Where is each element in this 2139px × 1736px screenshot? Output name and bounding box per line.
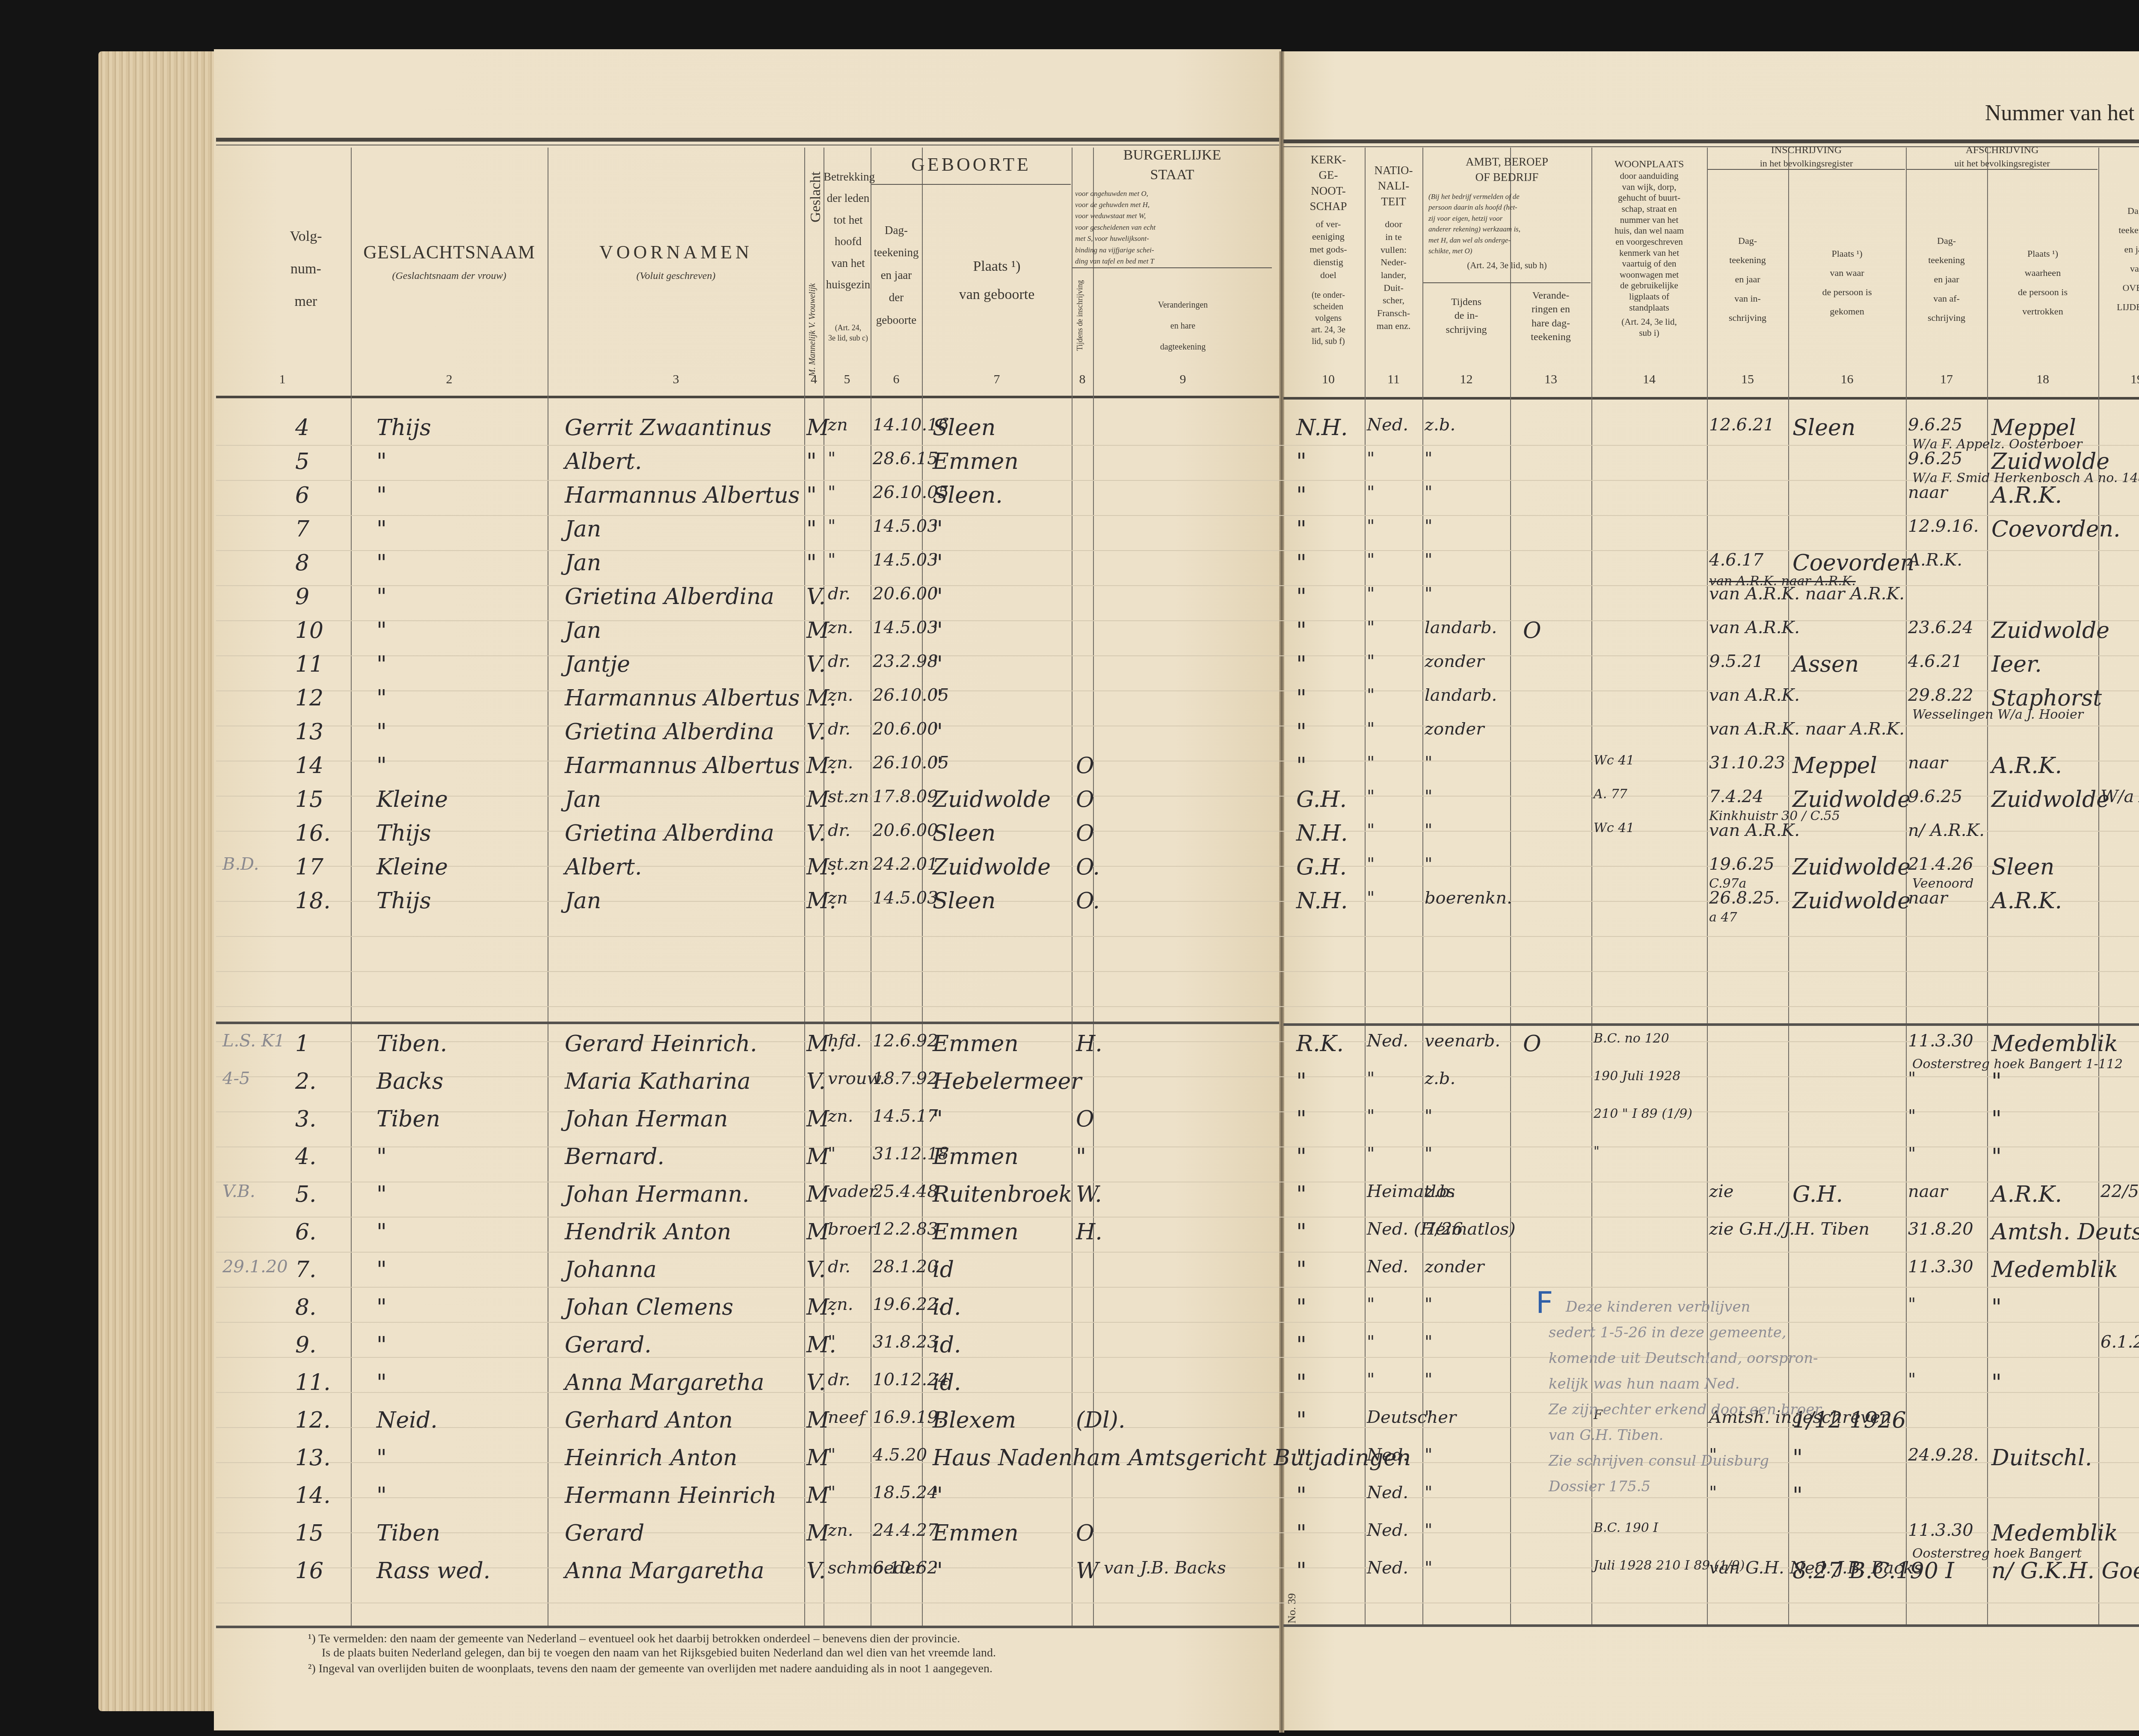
entry-geb-plaats: Emmen — [933, 1219, 1019, 1245]
entry-ambt-verand: O — [1523, 1031, 1541, 1057]
entry-geb-datum: 18.5.24 — [873, 1483, 938, 1502]
entry-nr: 4. — [295, 1144, 317, 1170]
entry-geb-plaats: id. — [933, 1332, 961, 1358]
entry-inschr-datum: 12.6.21 — [1709, 415, 1775, 435]
entry-achternaam: " — [376, 1144, 387, 1170]
column-number: 15 — [1707, 372, 1788, 387]
entry-inschr-plaats: Meppel — [1792, 753, 1877, 779]
entry-nr: 5 — [295, 449, 309, 474]
entry-betrekking: " — [828, 1445, 835, 1465]
entry-afschr-datum: naar — [1908, 753, 1948, 773]
entry-voornamen: Gerrit Zwaantinus — [565, 415, 771, 441]
entry-bs-inschr: " — [1076, 1144, 1086, 1170]
entry-afschr-datum: " — [1908, 1144, 1916, 1164]
entry-afschr-datum: " — [1908, 1106, 1916, 1126]
entry-nr: 3. — [295, 1106, 317, 1132]
entry-geb-plaats: " — [933, 1558, 943, 1584]
footnote-2: ²) Ingeval van overlijden buiten de woon… — [308, 1662, 992, 1676]
column-number: 5 — [824, 372, 871, 387]
entry-voornamen: Hermann Heinrich — [565, 1483, 776, 1508]
column-number: 1 — [214, 372, 351, 387]
entry-geb-datum: 28.1.20 — [873, 1257, 938, 1277]
entry-afschr-plaats: Coevorden. — [1991, 516, 2121, 542]
entry-achternaam: Thijs — [376, 415, 431, 441]
entry-voornamen: Jan — [565, 787, 601, 812]
entry-afschr-plaats: " — [1991, 1370, 2002, 1395]
entry-ambt: " — [1425, 516, 1432, 536]
entry-betrekking: " — [828, 1144, 835, 1164]
header-top-rule-left — [216, 138, 1279, 142]
entry-ambt: 7/26 — [1425, 1219, 1463, 1239]
entry-betrekking: " — [828, 449, 835, 468]
column-number: 12 — [1422, 372, 1510, 387]
entry-woonplaats: B.C. no 120 — [1594, 1031, 1669, 1046]
entry-afschr-datum: 24.9.28. — [1908, 1445, 1979, 1465]
entry-afschr-datum: n/ A.R.K. — [1908, 821, 1985, 840]
entry-kerk: " — [1296, 550, 1307, 576]
entry-kerk: N.H. — [1296, 821, 1348, 846]
column-number: 3 — [548, 372, 804, 387]
entry-betrekking: broer — [828, 1219, 876, 1239]
entry-bs-verand: van J.B. Backs — [1104, 1558, 1226, 1578]
entry-afschr-datum: 9.6.25 — [1908, 415, 1962, 435]
entry-achternaam: Tiben — [376, 1520, 440, 1546]
entry-nr: 1 — [295, 1031, 309, 1057]
entry-nat: " — [1367, 1295, 1375, 1314]
entry-inschr-datum: 19.6.25 — [1709, 854, 1775, 874]
entry-bs-inschr: O — [1076, 753, 1094, 779]
entry-geb-plaats: " — [933, 516, 943, 542]
entry-nr: 6. — [295, 1219, 317, 1245]
entry-voornamen: Johan Herman — [565, 1106, 728, 1132]
entry-achternaam: Rass wed. — [376, 1558, 490, 1584]
entry-kerk: " — [1296, 652, 1307, 677]
entry-ambt: landarb. — [1425, 685, 1497, 705]
entry-afschr-plaats: Ieer. — [1991, 652, 2042, 677]
entry-inschr-datum: zie G.H./J.H. Tiben — [1709, 1219, 1869, 1239]
entry-voornamen: Grietina Alberdina — [565, 821, 774, 846]
entry-overlijden: 6.1.24 — [2100, 1332, 2139, 1352]
table-bottom-rule-right — [1283, 1624, 2139, 1627]
page-number-stamp: No. 39 — [1286, 1593, 1298, 1623]
entry-afschr-datum: naar — [1908, 1182, 1948, 1201]
entry-afschr-plaats: A.R.K. — [1991, 888, 2062, 914]
entry-nat: " — [1367, 618, 1375, 637]
entry-geb-plaats: Emmen — [933, 1031, 1019, 1057]
entry-geb-plaats: id. — [933, 1370, 961, 1395]
entry-nr: 16. — [295, 821, 331, 846]
entry-geb-datum: 14.5.03 — [873, 618, 938, 637]
entry-inschr-datum: 26.8.25. — [1709, 888, 1780, 908]
burgerlijke-staat-divider — [1072, 267, 1272, 268]
column-number: 16 — [1788, 372, 1906, 387]
entry-geb-plaats: " — [933, 584, 943, 610]
entry-geb-datum: 17.8.09 — [873, 787, 938, 806]
register-entry-row: 8"Jan""14.5.03""""4.6.17CoevordenA.R.K.A… — [0, 546, 2139, 580]
header-col8-tijdens-inschrijving: Tijdens de inschrijving — [1076, 280, 1084, 351]
entry-voornamen: Hendrik Anton — [565, 1219, 731, 1245]
entry-geb-plaats: Emmen — [933, 1520, 1019, 1546]
entry-nr: 2. — [295, 1069, 317, 1094]
register-entry-row: 3.TibenJohan HermanMzn.14.5.17"O"""210 "… — [0, 1102, 2139, 1140]
entry-achternaam: " — [376, 1257, 387, 1283]
entry-afschr-datum: " — [1908, 1069, 1916, 1088]
entry-geslacht: " — [806, 483, 817, 508]
entry-geslacht: V. — [806, 584, 826, 610]
entry-geslacht: M — [806, 1106, 829, 1132]
entry-kerk: " — [1296, 1445, 1307, 1471]
blue-f-marker: F — [1536, 1290, 1553, 1315]
register-entry-row: 11"JantjeV.dr.23.2.98"""zonder9.5.21Asse… — [0, 647, 2139, 681]
entry-kerk: " — [1296, 1182, 1307, 1207]
entry-nat: " — [1367, 483, 1375, 502]
entry-geslacht: V. — [806, 1370, 826, 1395]
entry-voornamen: Johan Clemens — [565, 1295, 733, 1320]
entry-inschr-datum: 7.4.24 — [1709, 787, 1763, 806]
entry-inschr-datum: 31.10.23 — [1709, 753, 1785, 773]
entry-geb-plaats: Ruitenbroek — [933, 1182, 1072, 1207]
entry-kerk: " — [1296, 1520, 1307, 1546]
entry-nr: 13. — [295, 1445, 331, 1471]
entry-nr: 8 — [295, 550, 309, 576]
entry-inschr-datum: van A.R.K. — [1709, 618, 1800, 637]
entry-woonplaats: Wc 41 — [1594, 821, 1634, 835]
entry-geslacht: M — [806, 618, 829, 643]
entry-ambt: " — [1425, 753, 1432, 773]
entry-betrekking: " — [828, 516, 835, 536]
entry-inschr-datum: van A.R.K. naar A.R.K. — [1709, 584, 1905, 604]
entry-voornamen: Maria Katharina — [565, 1069, 750, 1094]
entry-achternaam: " — [376, 1219, 387, 1245]
entry-nat: " — [1367, 584, 1375, 604]
entry-afschr-datum: 11.3.30 — [1908, 1031, 1973, 1051]
entry-achternaam: " — [376, 584, 387, 610]
entry-afschr-plaats: " — [1991, 1144, 2002, 1170]
entry-geslacht: M — [806, 787, 829, 812]
entry-ambt: " — [1425, 1407, 1432, 1427]
entry-geslacht: M — [806, 1219, 829, 1245]
entry-betrekking: " — [828, 550, 835, 570]
entry-geb-datum: 14.5.03 — [873, 550, 938, 570]
entry-geb-datum: 20.6.00 — [873, 584, 938, 604]
register-entry-row: V.B.5."Johan Hermann.Mvader25.4.48Ruiten… — [0, 1177, 2139, 1215]
entry-betrekking: " — [828, 1483, 835, 1502]
entry-voornamen: Gerhard Anton — [565, 1407, 733, 1433]
entry-kerk: " — [1296, 1332, 1307, 1358]
entry-ambt: " — [1425, 1106, 1432, 1126]
entry-kerk: " — [1296, 1407, 1307, 1433]
header-inschrijving-group: INSCHRIJVINGin het bevolkingsregister — [1707, 143, 1906, 170]
entry-afschr-plaats: Medemblik — [1991, 1257, 2118, 1283]
entry-betrekking: zn. — [828, 618, 853, 637]
entry-ambt: " — [1425, 1520, 1432, 1540]
column-number: 2 — [351, 372, 548, 387]
entry-nr: 14. — [295, 1483, 331, 1508]
entry-nr: 6 — [295, 483, 309, 508]
column-number: 18 — [1987, 372, 2098, 387]
register-entry-row: 7"Jan""14.5.03""""12.9.16.Coevorden. — [0, 512, 2139, 546]
entry-ambt: z.b. — [1425, 1182, 1455, 1201]
entry-geb-plaats: Emmen — [933, 449, 1019, 474]
column-number: 10 — [1292, 372, 1365, 387]
entry-nat: Ned. — [1367, 1483, 1408, 1502]
entry-voornamen: Johanna — [565, 1257, 657, 1283]
entry-ambt: zonder — [1425, 652, 1484, 671]
entry-kerk: " — [1296, 1257, 1307, 1283]
entry-nr: 7 — [295, 516, 309, 542]
entry-geb-plaats: " — [933, 550, 943, 576]
entry-achternaam: " — [376, 1295, 387, 1320]
entry-geb-plaats: Zuidwolde — [933, 787, 1051, 812]
entry-betrekking: st.zn — [828, 787, 869, 806]
entry-nat: " — [1367, 1106, 1375, 1126]
entry-afschr-datum: naar — [1908, 483, 1948, 502]
entry-kerk: " — [1296, 685, 1307, 711]
entry-kerk: G.H. — [1296, 787, 1347, 812]
entry-overlijden: 22/5 26 — [2100, 1182, 2139, 1201]
entry-nat: " — [1367, 1370, 1375, 1389]
entry-nat: Ned. — [1367, 1558, 1408, 1578]
entry-kerk: " — [1296, 618, 1307, 643]
entry-geb-datum: 28.6.15 — [873, 449, 938, 468]
entry-achternaam: Backs — [376, 1069, 444, 1094]
entry-geslacht: " — [806, 550, 817, 576]
entry-nat: " — [1367, 516, 1375, 536]
entry-geb-datum: 6.10.62 — [873, 1558, 938, 1578]
register-entry-row: 9"Grietina AlberdinaV.dr.20.6.00""""van … — [0, 580, 2139, 613]
entry-ambt: " — [1425, 854, 1432, 874]
entry-geb-datum: 25.4.48 — [873, 1182, 938, 1201]
entry-geb-plaats: Sleen — [933, 821, 995, 846]
entry-geb-plaats: id. — [933, 1295, 961, 1320]
entry-achternaam: " — [376, 550, 387, 576]
entry-kerk: G.H. — [1296, 854, 1347, 880]
register-entry-row: L.S. K11Tiben.Gerard Heinrich.M.hfd.12.6… — [0, 1027, 2139, 1064]
entry-betrekking: dr. — [828, 584, 850, 604]
entry-ambt: veenarb. — [1425, 1031, 1500, 1051]
entry-ambt: " — [1425, 1558, 1432, 1578]
entry-woonplaats: " — [1594, 1144, 1600, 1159]
entry-nat: " — [1367, 1144, 1375, 1164]
entry-geb-plaats: Blexem — [933, 1407, 1016, 1433]
entry-nat: " — [1367, 1332, 1375, 1352]
entry-nr: 13 — [295, 719, 323, 745]
entry-voornamen: Gerard Heinrich. — [565, 1031, 757, 1057]
entry-achternaam: Thijs — [376, 821, 431, 846]
entry-nat: " — [1367, 550, 1375, 570]
entry-betrekking: zn. — [828, 753, 853, 773]
entry-afschr-plaats: n/ G.K.H. Goeswoord. — [1991, 1558, 2139, 1584]
entry-nat: Ned. — [1367, 1445, 1408, 1465]
entry-nat: " — [1367, 854, 1375, 874]
entry-geslacht: V. — [806, 652, 826, 677]
entry-ambt: zonder — [1425, 719, 1484, 739]
entry-geslacht: M — [806, 1407, 829, 1433]
column-number: 4 — [804, 372, 824, 387]
entry-inschr-plaats: Assen — [1792, 652, 1859, 677]
entry-bs-inschr: O — [1076, 1106, 1094, 1132]
entry-inschr-plaats: 8.27 B.C.190 I — [1792, 1558, 1954, 1584]
entry-bs-inschr: W. — [1076, 1182, 1102, 1207]
ruled-line — [216, 936, 2139, 937]
entry-nat: Deutscher — [1367, 1407, 1456, 1427]
entry-nat: " — [1367, 753, 1375, 773]
header-col7-geboorteplaats: Plaats ¹)van geboorte — [922, 257, 1072, 305]
family-separator-left — [216, 1022, 1279, 1024]
column-number: 19 — [2098, 372, 2139, 387]
entry-geb-plaats: Haus Nadenham Amtsgericht Butjadingen — [933, 1445, 1411, 1471]
entry-achternaam: " — [376, 1182, 387, 1207]
entry-geb-datum: 14.5.03 — [873, 888, 938, 908]
entry-ambt: " — [1425, 1370, 1432, 1389]
entry-betrekking: neef — [828, 1407, 865, 1427]
header-geboorte-group: GEBOORTE — [871, 152, 1072, 177]
entry-afschr-datum: 12.9.16. — [1908, 516, 1979, 536]
entry-betrekking: " — [828, 1332, 835, 1352]
header-col1-volgnummer: Volg-num-mer — [274, 227, 338, 311]
entry-geb-datum: 20.6.00 — [873, 719, 938, 739]
entry-geb-datum: 12.2.83 — [873, 1219, 938, 1239]
entry-nr: 15 — [295, 787, 323, 812]
entry-inschr-plaats: Zuidwolde — [1792, 854, 1911, 880]
entry-afschr-datum: 21.4.26 — [1908, 854, 1973, 874]
entry-ambt: " — [1425, 584, 1432, 604]
entry-geb-plaats: Sleen — [933, 415, 995, 441]
header-col15-inschrijving-datum: Dag-teekeningen jaarvan in-schrijving — [1707, 231, 1788, 327]
entry-ambt: " — [1425, 1332, 1432, 1352]
register-entry-row: 15TibenGerardMzn.24.4.27EmmenO"Ned."B.C.… — [0, 1516, 2139, 1554]
entry-kerk: " — [1296, 449, 1307, 474]
entry-betrekking: dr. — [828, 1370, 850, 1389]
entry-kerk: " — [1296, 516, 1307, 542]
entry-bs-inschr: H. — [1076, 1031, 1102, 1057]
header-top-rule-right — [1283, 139, 2139, 143]
entry-kerk: " — [1296, 1219, 1307, 1245]
footnote-1-continued: Is de plaats buiten Nederland gelegen, d… — [322, 1646, 996, 1660]
entry-voornamen: Heinrich Anton — [565, 1445, 738, 1471]
entry-afschr-datum: 31.8.20 — [1908, 1219, 1973, 1239]
entry-geslacht: V. — [806, 1257, 826, 1283]
entry-kerk: " — [1296, 753, 1307, 779]
family-separator-right — [1283, 1023, 2139, 1026]
afschrijving-divider — [1907, 169, 2098, 170]
header-col2-geslachtsnaam: GESLACHTSNAAM(Geslachtsnaam der vrouw) — [351, 240, 548, 283]
entry-inschr-datum: zie — [1709, 1182, 1734, 1201]
register-entry-row: 4."Bernard.M"31.12.18Emmen"""""""A.C.C. — [0, 1140, 2139, 1177]
header-col17-afschrijving-datum: Dag-teekeningen jaarvan af-schrijving — [1906, 231, 1987, 327]
entry-geslacht: M — [806, 1483, 829, 1508]
entry-afschr-plaats: A.R.K. — [1991, 483, 2062, 508]
entry-geslacht: V. — [806, 1558, 826, 1584]
ruled-line — [216, 971, 2139, 972]
entry-geb-plaats: Sleen. — [933, 483, 1003, 508]
entry-bs-inschr: O. — [1076, 854, 1100, 880]
column-number: 13 — [1510, 372, 1591, 387]
entry-nat: Ned. — [1367, 415, 1408, 435]
entry-afschr-plaats: " — [1991, 1295, 2002, 1320]
entry-afschr-plaats: A.R.K. — [1991, 1182, 2062, 1207]
entry-geb-plaats: id — [933, 1257, 954, 1283]
entry-nr: 12. — [295, 1407, 331, 1433]
entry-kerk: N.H. — [1296, 888, 1348, 914]
entry-nr: 8. — [295, 1295, 317, 1320]
entry-achternaam: " — [376, 1370, 387, 1395]
entry-afschr-plaats: " — [1991, 1106, 2002, 1132]
entry-inschr-datum: van A.R.K. naar A.R.K. — [1709, 719, 1905, 739]
entry-achternaam: Thijs — [376, 888, 431, 914]
entry-kerk: " — [1296, 1558, 1307, 1584]
open-register-book: Nummer van het blad Volg-num-mer GESLACH… — [0, 0, 2139, 1736]
entry-geb-datum: 14.5.03 — [873, 516, 938, 536]
entry-geslacht: " — [806, 516, 817, 542]
entry-nr: 10 — [295, 618, 323, 643]
entry-voornamen: Jan — [565, 516, 601, 542]
entry-afschr-datum: naar — [1908, 888, 1948, 908]
entry-geb-datum: 12.6.92 — [873, 1031, 938, 1051]
header-col19-overlijden: Dag-teekeningen jaarvanOVER-LIJDEN ²) — [2098, 201, 2139, 317]
column-number: 6 — [871, 372, 922, 387]
entry-achternaam: Tiben. — [376, 1031, 447, 1057]
entry-betrekking: dr. — [828, 719, 850, 739]
header-col11-nationaliteit: NATIO-NALI-TEIT doorin tevullen:Neder-la… — [1365, 163, 1422, 332]
entry-achternaam: " — [376, 652, 387, 677]
entry-achternaam: " — [376, 483, 387, 508]
entry-ambt: z.b. — [1425, 415, 1455, 435]
entry-betrekking: dr. — [828, 821, 850, 840]
entry-afschr-plaats: Medemblik — [1991, 1520, 2118, 1546]
ambt-divider — [1423, 282, 1591, 283]
entry-afschr-datum: 9.6.25 — [1908, 787, 1962, 806]
entry-afschr-plaats: Zuidwolde — [1991, 618, 2109, 643]
entry-inschr-extra: a 47 — [1709, 910, 1737, 925]
entry-ambt: landarb. — [1425, 618, 1497, 637]
column-number: 17 — [1906, 372, 1987, 387]
entry-geb-plaats: Sleen — [933, 888, 995, 914]
entry-margin: L.S. K1 — [222, 1031, 285, 1051]
entry-afschr-datum: 4.6.21 — [1908, 652, 1962, 671]
column-number: 7 — [922, 372, 1072, 387]
entry-nat: Ned. — [1367, 1031, 1408, 1051]
entry-afschr-datum: " — [1908, 1370, 1916, 1389]
header-col16-inschrijving-plaats: Plaats ¹)van waarde persoon isgekomen — [1788, 244, 1906, 321]
header-bottom-rule-left — [216, 396, 1279, 398]
entry-achternaam: " — [376, 516, 387, 542]
header-col9-veranderingen: Veranderingenen haredagteekening — [1093, 299, 1273, 353]
entry-afschr-plaats: A.R.K. — [1991, 753, 2062, 779]
entry-geb-plaats: Zuidwolde — [933, 854, 1051, 880]
entry-nr: 9. — [295, 1332, 317, 1358]
entry-voornamen: Anna Margaretha — [565, 1370, 764, 1395]
entry-geb-datum: 23.2.98 — [873, 652, 938, 671]
entry-inschr-plaats: G.H. — [1792, 1182, 1843, 1207]
entry-inschr-datum: 4.6.17 — [1709, 550, 1763, 570]
entry-ambt: " — [1425, 821, 1432, 840]
entry-afschr-datum: 29.8.22 — [1908, 685, 1973, 705]
entry-geslacht: " — [806, 449, 817, 474]
entry-voornamen: Albert. — [565, 449, 642, 474]
entry-bs-inschr: O — [1076, 1520, 1094, 1546]
entry-inschr-plaats: Zuidwolde — [1792, 888, 1911, 914]
entry-ambt: " — [1425, 483, 1432, 502]
entry-kerk: R.K. — [1296, 1031, 1344, 1057]
header-col14-woonplaats: WOONPLAATS door aanduidingvan wijk, dorp… — [1591, 158, 1707, 338]
entry-ambt: " — [1425, 1144, 1432, 1164]
entry-geb-plaats: " — [933, 1483, 943, 1508]
entry-achternaam: Neid. — [376, 1407, 438, 1433]
entry-voornamen: Jan — [565, 550, 601, 576]
entry-kerk: " — [1296, 1069, 1307, 1094]
register-entry-row: 4ThijsGerrit ZwaantinusMzn14.10.16SleenN… — [0, 411, 2139, 444]
